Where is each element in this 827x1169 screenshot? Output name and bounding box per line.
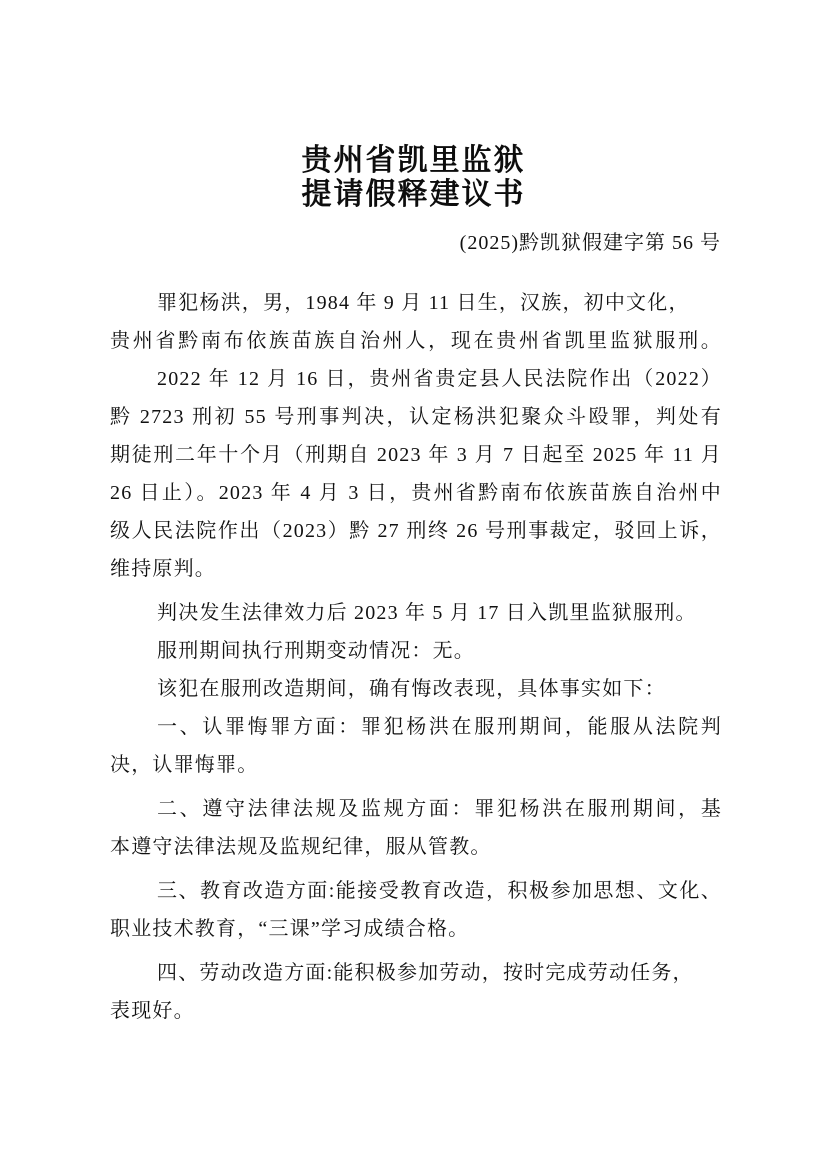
paragraph-line: 26 日止）。2023 年 4 月 3 日，贵州省黔南布依族苗族自治州中: [110, 480, 722, 506]
paragraph-line: 一、认罪悔罪方面：罪犯杨洪在服刑期间，能服从法院判: [157, 714, 722, 740]
paragraph-line: 二、遵守法律法规及监规方面：罪犯杨洪在服刑期间，基: [157, 796, 722, 822]
paragraph-line: 判决发生法律效力后 2023 年 5 月 17 日入凯里监狱服刑。: [157, 600, 722, 626]
paragraph-line: 决，认罪悔罪。: [110, 752, 722, 778]
paragraph-line: 职业技术教育，“三课”学习成绩合格。: [110, 916, 722, 942]
document-number: (2025)黔凯狱假建字第 56 号: [460, 230, 721, 256]
paragraph-line: 罪犯杨洪，男，1984 年 9 月 11 日生，汉族，初中文化，: [157, 290, 722, 316]
paragraph-line: 该犯在服刑改造期间，确有悔改表现，具体事实如下：: [157, 676, 722, 702]
paragraph-line: 服刑期间执行刑期变动情况：无。: [157, 638, 722, 664]
paragraph-line: 本遵守法律法规及监规纪律，服从管教。: [110, 834, 722, 860]
document-title-type: 提请假释建议书: [0, 178, 827, 212]
paragraph-line: 级人民法院作出（2023）黔 27 刑终 26 号刑事裁定，驳回上诉，: [110, 518, 722, 544]
paragraph-line: 2022 年 12 月 16 日，贵州省贵定县人民法院作出（2022）: [157, 366, 722, 392]
paragraph-line: 四、劳动改造方面:能积极参加劳动，按时完成劳动任务，: [157, 960, 722, 986]
paragraph-line: 贵州省黔南布依族苗族自治州人，现在贵州省凯里监狱服刑。: [110, 328, 722, 354]
paragraph-line: 黔 2723 刑初 55 号刑事判决，认定杨洪犯聚众斗殴罪，判处有: [110, 404, 722, 430]
paragraph-line: 维持原判。: [110, 556, 722, 582]
document-page: 贵州省凯里监狱 提请假释建议书 (2025)黔凯狱假建字第 56 号 罪犯杨洪，…: [0, 0, 827, 1169]
paragraph-line: 期徒刑二年十个月（刑期自 2023 年 3 月 7 日起至 2025 年 11 …: [110, 442, 722, 468]
paragraph-line: 表现好。: [110, 998, 722, 1024]
document-title-institution: 贵州省凯里监狱: [0, 144, 827, 178]
paragraph-line: 三、教育改造方面:能接受教育改造，积极参加思想、文化、: [157, 878, 722, 904]
